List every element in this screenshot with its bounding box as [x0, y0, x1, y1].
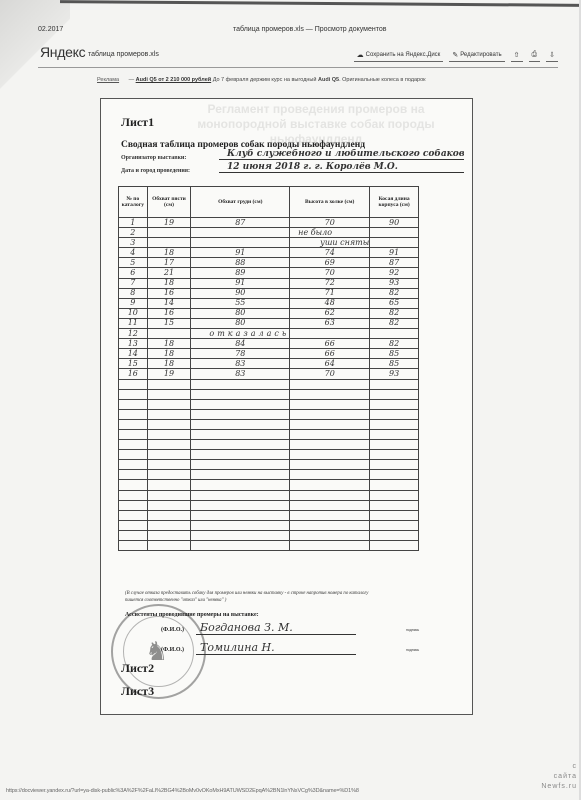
table-cell: 80 [191, 308, 290, 318]
table-row: 1318846682 [119, 339, 419, 349]
table-cell [290, 379, 370, 389]
table-cell: 16 [147, 308, 191, 318]
table-header-row: № по каталогуОбхват пясти (см)Обхват гру… [119, 187, 419, 218]
table-cell: 7 [119, 278, 148, 288]
signature-label: подпись [406, 628, 419, 632]
table-cell: 70 [290, 218, 370, 228]
table-cell [370, 530, 419, 540]
table-cell [370, 238, 419, 248]
table-cell [370, 510, 419, 520]
table-cell [370, 329, 419, 339]
table-cell: 64 [290, 359, 370, 369]
table-cell: 16 [147, 288, 191, 298]
table-cell [290, 470, 370, 480]
table-cell: 91 [191, 278, 290, 288]
table-cell [191, 228, 290, 238]
table-cell [191, 530, 290, 540]
table-cell: 74 [290, 248, 370, 258]
table-cell [370, 470, 419, 480]
table-cell: 16 [119, 369, 148, 379]
table-row: 1418786685 [119, 349, 419, 359]
yandex-toolbar: Яндекс таблица промеров.xls ☁ Сохранить … [38, 42, 558, 68]
measurements-table: № по каталогуОбхват пясти (см)Обхват гру… [118, 186, 419, 551]
table-cell [370, 419, 419, 429]
column-header: Обхват груди (см) [191, 187, 290, 218]
watermark-line: Newfs.ru [541, 782, 577, 792]
assistant-name: Томилина Н. [196, 641, 356, 655]
table-cell [191, 409, 290, 419]
table-cell [370, 460, 419, 470]
table-cell: 83 [191, 369, 290, 379]
table-cell [119, 500, 148, 510]
site-watermark: с сайта Newfs.ru [541, 762, 577, 792]
table-cell [147, 409, 191, 419]
watermark-line: сайта [541, 772, 577, 782]
table-cell [370, 399, 419, 409]
column-header: Обхват пясти (см) [147, 187, 191, 218]
watermark-line: с [541, 762, 577, 772]
table-cell [119, 429, 148, 439]
table-cell [191, 520, 290, 530]
table-cell [147, 440, 191, 450]
ad-bold: Audi Q5 [318, 77, 339, 83]
table-cell [147, 389, 191, 399]
column-header: Высота в холке (см) [290, 187, 370, 218]
ad-banner: Реклама — Audi Q5 от 2 210 000 рублей До… [97, 77, 426, 83]
table-cell [370, 480, 419, 490]
table-cell: отказалась [191, 329, 290, 339]
table-cell [370, 520, 419, 530]
table-cell [119, 480, 148, 490]
table-cell: 18 [147, 278, 191, 288]
print-date: 02.2017 [38, 26, 63, 33]
footnote: (В случае отказа предоставить собаку для… [125, 590, 385, 604]
fio-label: (Ф.И.О.) [161, 647, 184, 653]
sheet3-label[interactable]: Лист3 [121, 684, 154, 699]
table-cell: 65 [370, 298, 419, 308]
table-cell: 6 [119, 268, 148, 278]
table-cell: 2 [119, 228, 148, 238]
table-cell: 90 [191, 288, 290, 298]
table-row-empty [119, 510, 419, 520]
table-cell [191, 541, 290, 551]
table-cell [370, 450, 419, 460]
table-cell: 93 [370, 278, 419, 288]
table-cell [370, 490, 419, 500]
table-cell [290, 490, 370, 500]
disk-icon: ☁ [357, 51, 364, 59]
edit-label: Редактировать [460, 52, 501, 58]
table-row-empty [119, 399, 419, 409]
table-cell: 1 [119, 218, 148, 228]
table-row: 914554865 [119, 298, 419, 308]
table-row-empty [119, 490, 419, 500]
table-cell [147, 379, 191, 389]
table-row-empty [119, 450, 419, 460]
table-cell: 14 [147, 298, 191, 308]
table-cell [191, 379, 290, 389]
table-cell: 78 [191, 349, 290, 359]
table-cell [147, 490, 191, 500]
table-cell: 18 [147, 248, 191, 258]
table-cell [147, 429, 191, 439]
table-cell [191, 419, 290, 429]
table-cell [147, 480, 191, 490]
table-cell [290, 541, 370, 551]
table-cell [370, 389, 419, 399]
table-cell [191, 510, 290, 520]
print-button[interactable]: ⎙ [529, 50, 541, 62]
table-cell: 85 [370, 359, 419, 369]
table-cell: 69 [290, 258, 370, 268]
table-row-empty [119, 470, 419, 480]
table-cell [119, 510, 148, 520]
column-header: Косая длина корпуса (см) [370, 187, 419, 218]
table-cell: 18 [147, 359, 191, 369]
table-row-empty [119, 419, 419, 429]
table-cell [290, 409, 370, 419]
save-to-disk-label: Сохранить на Яндекс.Диск [366, 52, 441, 58]
table-cell [290, 530, 370, 540]
table-cell [191, 399, 290, 409]
date-label: Дата и город проведения: [121, 168, 216, 174]
table-cell: 8 [119, 288, 148, 298]
table-cell [119, 490, 148, 500]
table-cell: 91 [191, 248, 290, 258]
table-cell [370, 409, 419, 419]
edit-icon: ✎ [452, 51, 458, 59]
organizer-row: Организатор выставки: Клуб служебного и … [121, 155, 216, 161]
table-cell [290, 510, 370, 520]
table-cell: 82 [370, 288, 419, 298]
table-cell [119, 450, 148, 460]
table-cell [191, 480, 290, 490]
table-cell [290, 399, 370, 409]
assistants-title: Ассистенты проводившие промеры на выстав… [125, 612, 259, 618]
ad-label[interactable]: Реклама [97, 77, 119, 83]
table-cell [119, 460, 148, 470]
table-row-empty [119, 429, 419, 439]
table-cell: 88 [191, 258, 290, 268]
table-cell: 70 [290, 369, 370, 379]
toolbar-actions: ☁ Сохранить на Яндекс.Диск ✎ Редактирова… [354, 50, 558, 62]
assistant-name: Богданова З. М. [196, 621, 356, 635]
table-cell: 72 [290, 278, 370, 288]
table-cell: 5 [119, 258, 148, 268]
table-cell: 11 [119, 318, 148, 328]
table-cell [147, 510, 191, 520]
table-cell: 82 [370, 339, 419, 349]
table-cell: 70 [290, 268, 370, 278]
table-cell: 3 [119, 238, 148, 248]
download-button[interactable]: ⇩ [546, 50, 558, 62]
table-row: 1619837093 [119, 369, 419, 379]
table-cell [191, 440, 290, 450]
fio-label: (Ф.И.О.) [161, 627, 184, 633]
table-row: 621897092 [119, 268, 419, 278]
table-row-empty [119, 530, 419, 540]
table-cell: 48 [290, 298, 370, 308]
sheet1-label[interactable]: Лист1 [121, 115, 154, 130]
table-cell: 91 [370, 248, 419, 258]
column-header: № по каталогу [119, 187, 148, 218]
scan-edge [60, 0, 581, 7]
table-cell [191, 389, 290, 399]
table-cell: 80 [191, 318, 290, 328]
share-icon: ⇧ [514, 51, 520, 59]
table-cell: 87 [370, 258, 419, 268]
print-title: таблица промеров.xls — Просмотр документ… [233, 26, 387, 33]
save-to-disk-button[interactable]: ☁ Сохранить на Яндекс.Диск [354, 50, 444, 62]
table-cell [290, 480, 370, 490]
table-cell: 92 [370, 268, 419, 278]
table-cell: 19 [147, 218, 191, 228]
table-cell: уши сняты [290, 238, 370, 248]
table-cell [147, 399, 191, 409]
table-cell [147, 228, 191, 238]
table-cell [119, 419, 148, 429]
organizer-label: Организатор выставки: [121, 155, 216, 161]
table-cell: 85 [370, 349, 419, 359]
table-row-empty [119, 541, 419, 551]
table-cell [290, 520, 370, 530]
table-row: 816907182 [119, 288, 419, 298]
table-cell: 18 [147, 349, 191, 359]
table-cell: 15 [147, 318, 191, 328]
table-row-empty [119, 520, 419, 530]
ad-link[interactable]: Audi Q5 от 2 210 000 рублей [136, 77, 212, 83]
print-icon: ⎙ [532, 51, 538, 59]
table-cell [147, 460, 191, 470]
table-cell [147, 329, 191, 339]
table-cell [370, 228, 419, 238]
table-cell [370, 429, 419, 439]
table-row-empty [119, 440, 419, 450]
table-cell [147, 450, 191, 460]
table-cell [290, 500, 370, 510]
table-cell [147, 520, 191, 530]
table-cell [370, 500, 419, 510]
table-cell: 66 [290, 339, 370, 349]
table-cell: 62 [290, 308, 370, 318]
table-cell: 13 [119, 339, 148, 349]
table-cell: 15 [119, 359, 148, 369]
table-cell: 10 [119, 308, 148, 318]
table-cell [191, 490, 290, 500]
table-cell [119, 520, 148, 530]
table-cell [290, 389, 370, 399]
document-sheet: Регламент проведения промеров на монопор… [100, 98, 473, 715]
table-cell: 63 [290, 318, 370, 328]
table-cell [191, 470, 290, 480]
table-cell [191, 450, 290, 460]
table-cell: 18 [147, 339, 191, 349]
table-cell [119, 440, 148, 450]
table-cell: 17 [147, 258, 191, 268]
yandex-logo[interactable]: Яндекс [40, 44, 85, 60]
table-row: 12отказалась [119, 329, 419, 339]
table-row: 1016806282 [119, 308, 419, 318]
table-cell: 93 [370, 369, 419, 379]
table-cell [119, 379, 148, 389]
table-body: 1198770902не было3уши сняты4189174915178… [119, 218, 419, 551]
table-cell: 71 [290, 288, 370, 298]
table-cell: 82 [370, 308, 419, 318]
table-cell [119, 389, 148, 399]
table-row: 119877090 [119, 218, 419, 228]
table-cell [290, 419, 370, 429]
table-cell [370, 379, 419, 389]
table-cell: 87 [191, 218, 290, 228]
table-cell: 14 [119, 349, 148, 359]
table-cell [290, 460, 370, 470]
signature-label: подпись [406, 648, 419, 652]
table-cell [119, 399, 148, 409]
sheet2-label[interactable]: Лист2 [121, 661, 154, 676]
table-row: 1518836485 [119, 359, 419, 369]
table-row-empty [119, 389, 419, 399]
table-cell: 82 [370, 318, 419, 328]
page-url: https://docviewer.yandex.ru/?url=ya-disk… [6, 788, 359, 794]
table-cell [290, 440, 370, 450]
table-cell [191, 500, 290, 510]
table-row: 1115806382 [119, 318, 419, 328]
date-row: Дата и город проведения: 12 июня 2018 г.… [121, 168, 216, 174]
table-cell [147, 530, 191, 540]
table-cell: 83 [191, 359, 290, 369]
file-name: таблица промеров.xls [88, 51, 159, 58]
share-button[interactable]: ⇧ [511, 50, 523, 62]
table-cell [290, 329, 370, 339]
table-cell [290, 450, 370, 460]
table-cell: 4 [119, 248, 148, 258]
table-cell: 90 [370, 218, 419, 228]
date-value: 12 июня 2018 г. г. Королёв М.О. [219, 162, 464, 173]
table-row: 718917293 [119, 278, 419, 288]
table-cell: 89 [191, 268, 290, 278]
table-cell [147, 238, 191, 248]
table-cell: 19 [147, 369, 191, 379]
table-cell [147, 500, 191, 510]
table-row-empty [119, 500, 419, 510]
table-cell [191, 460, 290, 470]
table-row-empty [119, 480, 419, 490]
table-cell [147, 470, 191, 480]
table-cell: 66 [290, 349, 370, 359]
table-cell [147, 419, 191, 429]
organizer-value: Клуб служебного и любительского собаково… [219, 149, 464, 160]
table-cell: 21 [147, 268, 191, 278]
table-cell [119, 409, 148, 419]
ad-text2: . Оригинальные колеса в подарок [339, 77, 425, 83]
table-cell: 12 [119, 329, 148, 339]
table-cell [119, 470, 148, 480]
table-cell: не было [290, 228, 370, 238]
table-row-empty [119, 379, 419, 389]
table-row: 418917491 [119, 248, 419, 258]
ad-text: До 7 февраля держим курс на выгодный [213, 77, 317, 83]
table-cell: 84 [191, 339, 290, 349]
table-cell [191, 429, 290, 439]
table-cell [370, 440, 419, 450]
table-row: 2не было [119, 228, 419, 238]
table-row-empty [119, 460, 419, 470]
download-icon: ⇩ [549, 51, 555, 59]
table-cell: 9 [119, 298, 148, 308]
table-row: 517886987 [119, 258, 419, 268]
table-cell [119, 530, 148, 540]
table-row-empty [119, 409, 419, 419]
table-row: 3уши сняты [119, 238, 419, 248]
table-cell [147, 541, 191, 551]
table-cell [370, 541, 419, 551]
table-cell [290, 429, 370, 439]
table-cell: 55 [191, 298, 290, 308]
edit-button[interactable]: ✎ Редактировать [449, 50, 504, 62]
table-cell [119, 541, 148, 551]
ad-dash: — [129, 77, 136, 83]
table-cell [191, 238, 290, 248]
